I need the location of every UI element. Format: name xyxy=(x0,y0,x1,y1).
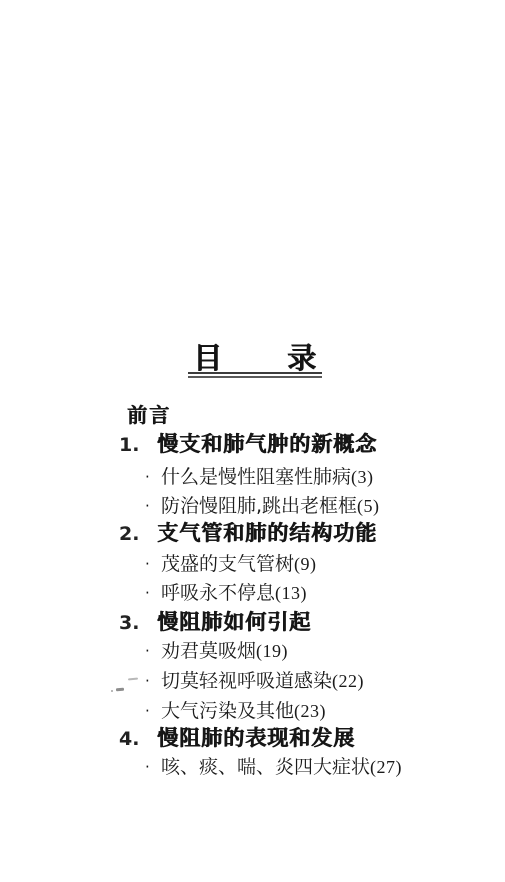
toc-item: ·大气污染及其他(23) xyxy=(145,699,326,723)
toc-item-text: 防治慢阻肺,跳出老框框 xyxy=(161,495,357,517)
toc-section-heading-4: 4.慢阻肺的表现和发展 xyxy=(119,726,355,751)
section-number: 3. xyxy=(119,611,157,635)
toc-item-page: (19) xyxy=(256,641,288,661)
section-number: 1. xyxy=(119,433,157,457)
title-char-mu: 目 xyxy=(193,336,223,377)
toc-item-text: 大气污染及其他 xyxy=(161,700,294,722)
toc-item-text: 切莫轻视呼吸道感染 xyxy=(161,670,332,692)
title-char-lu: 录 xyxy=(287,336,317,377)
smudge-mark xyxy=(116,688,124,692)
toc-item: ·咳、痰、喘、炎四大症状(27) xyxy=(145,755,402,779)
toc-item: ·呼吸永不停息(13) xyxy=(145,581,307,605)
toc-item-text: 茂盛的支气管树 xyxy=(161,553,294,575)
section-number: 4. xyxy=(119,727,157,751)
bullet-icon: · xyxy=(145,669,161,693)
toc-item-page: (3) xyxy=(351,467,374,487)
title-underline xyxy=(188,372,322,378)
bullet-icon: · xyxy=(145,755,161,779)
toc-item: ·劝君莫吸烟(19) xyxy=(145,639,288,663)
toc-item: ·切莫轻视呼吸道感染(22) xyxy=(145,669,364,693)
toc-item-page: (5) xyxy=(357,496,380,516)
toc-item-text: 呼吸永不停息 xyxy=(161,582,275,604)
section-number: 2. xyxy=(119,522,157,546)
section-title: 支气管和肺的结构功能 xyxy=(157,521,377,545)
toc-item: ·防治慢阻肺,跳出老框框(5) xyxy=(145,494,380,518)
bullet-icon: · xyxy=(145,494,161,518)
smudge-mark xyxy=(128,677,138,680)
section-title: 慢阻肺的表现和发展 xyxy=(157,726,355,750)
toc-item-page: (9) xyxy=(294,554,317,574)
bullet-icon: · xyxy=(145,581,161,605)
toc-item: ·茂盛的支气管树(9) xyxy=(145,552,317,576)
toc-item-page: (13) xyxy=(275,583,307,603)
scanned-book-page: 目 录 前言 1.慢支和肺气肿的新概念 ·什么是慢性阻塞性肺病(3) ·防治慢阻… xyxy=(0,0,505,882)
toc-preface: 前言 xyxy=(127,403,171,427)
bullet-icon: · xyxy=(145,552,161,576)
section-title: 慢支和肺气肿的新概念 xyxy=(157,432,377,456)
toc-preface-label: 前言 xyxy=(127,403,171,427)
toc-item-text: 咳、痰、喘、炎四大症状 xyxy=(161,756,370,778)
smudge-mark xyxy=(111,690,113,692)
bullet-icon: · xyxy=(145,699,161,723)
toc-item-page: (23) xyxy=(294,701,326,721)
toc-item: ·什么是慢性阻塞性肺病(3) xyxy=(145,465,374,489)
toc-item-text: 劝君莫吸烟 xyxy=(161,640,256,662)
toc-section-heading-3: 3.慢阻肺如何引起 xyxy=(119,610,311,635)
toc-section-heading-2: 2.支气管和肺的结构功能 xyxy=(119,521,377,546)
page-title: 目 录 xyxy=(193,336,317,377)
section-title: 慢阻肺如何引起 xyxy=(157,610,311,634)
toc-item-page: (22) xyxy=(332,671,364,691)
toc-section-heading-1: 1.慢支和肺气肿的新概念 xyxy=(119,432,377,457)
bullet-icon: · xyxy=(145,639,161,663)
toc-item-text: 什么是慢性阻塞性肺病 xyxy=(161,466,351,488)
bullet-icon: · xyxy=(145,465,161,489)
toc-item-page: (27) xyxy=(370,757,402,777)
